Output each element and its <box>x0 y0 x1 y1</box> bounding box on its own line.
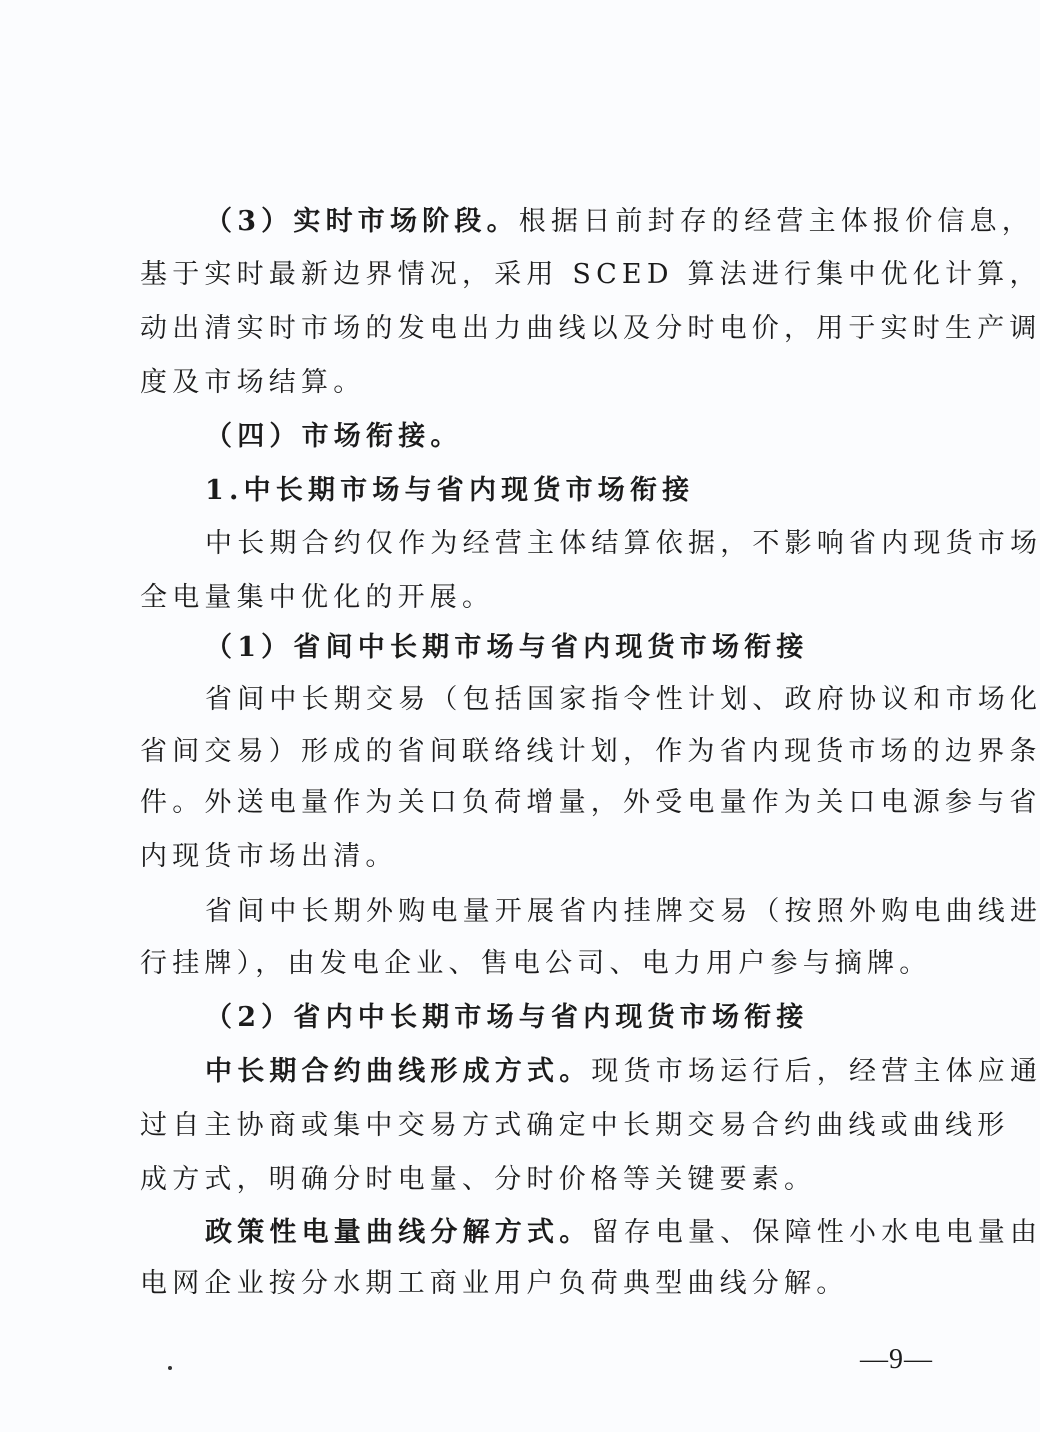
body-text: 中长期合约仅作为经营主体结算依据，不影响省内现货市场 <box>205 528 1040 559</box>
subsection-heading-text: （2）省内中长期市场与省内现货市场衔接 <box>205 1002 809 1033</box>
paragraph-line: 省间交易）形成的省间联络线计划，作为省内现货市场的边界条 <box>140 735 940 769</box>
body-text: 内现货市场出清。 <box>140 841 398 872</box>
paragraph-line: 中长期合约仅作为经营主体结算依据，不影响省内现货市场 <box>205 527 940 561</box>
paragraph-line: （3）实时市场阶段。根据日前封存的经营主体报价信息， <box>205 205 940 239</box>
inline-heading: （3）实时市场阶段。 <box>205 206 519 237</box>
paragraph-line: 内现货市场出清。 <box>140 840 940 874</box>
inline-heading: 中长期合约曲线形成方式。 <box>205 1056 591 1087</box>
section-heading: （四）市场衔接。 <box>205 420 940 454</box>
body-text: 电网企业按分水期工商业用户负荷典型曲线分解。 <box>140 1268 848 1299</box>
body-text: 留存电量、保障性小水电电量由 <box>591 1217 1040 1248</box>
body-text: 根据日前封存的经营主体报价信息， <box>519 206 1034 237</box>
paragraph-line: 行挂牌），由发电企业、售电公司、电力用户参与摘牌。 <box>140 947 940 981</box>
body-text: 全电量集中优化的开展。 <box>140 582 494 613</box>
subsection-heading: （2）省内中长期市场与省内现货市场衔接 <box>205 1001 940 1035</box>
paragraph-line: 省间中长期交易（包括国家指令性计划、政府协议和市场化 <box>205 683 940 717</box>
page-number: —9— <box>860 1343 933 1377</box>
body-text: 动出清实时市场的发电出力曲线以及分时电价，用于实时生产调 <box>140 313 1040 344</box>
body-text: 省间中长期外购电量开展省内挂牌交易（按照外购电曲线进 <box>205 896 1040 927</box>
body-text: 度及市场结算。 <box>140 367 365 398</box>
paragraph-line: 过自主协商或集中交易方式确定中长期交易合约曲线或曲线形 <box>140 1109 940 1143</box>
paragraph-line: 中长期合约曲线形成方式。现货市场运行后，经营主体应通 <box>205 1055 940 1089</box>
paragraph-line: 基于实时最新边界情况，采用 SCED 算法进行集中优化计算，滚 <box>140 258 940 292</box>
body-text: 省间交易）形成的省间联络线计划，作为省内现货市场的边界条 <box>140 736 1040 767</box>
paragraph-line: 省间中长期外购电量开展省内挂牌交易（按照外购电曲线进 <box>205 895 940 929</box>
body-text: 现货市场运行后，经营主体应通 <box>591 1056 1040 1087</box>
inline-heading: 政策性电量曲线分解方式。 <box>205 1217 591 1248</box>
paragraph-line: 电网企业按分水期工商业用户负荷典型曲线分解。 <box>140 1267 940 1301</box>
paragraph-line: 全电量集中优化的开展。 <box>140 581 940 615</box>
body-text: 省间中长期交易（包括国家指令性计划、政府协议和市场化 <box>205 684 1040 715</box>
paragraph-line: 政策性电量曲线分解方式。留存电量、保障性小水电电量由 <box>205 1216 940 1250</box>
subsection-heading: （1）省间中长期市场与省内现货市场衔接 <box>205 631 940 665</box>
subsection-heading-text: （1）省间中长期市场与省内现货市场衔接 <box>205 632 809 663</box>
document-page: （3）实时市场阶段。根据日前封存的经营主体报价信息， 基于实时最新边界情况，采用… <box>0 0 1040 1432</box>
subsection-heading: 1.中长期市场与省内现货市场衔接 <box>205 474 940 508</box>
body-text: 基于实时最新边界情况，采用 SCED 算法进行集中优化计算，滚 <box>140 259 1040 290</box>
body-text: 过自主协商或集中交易方式确定中长期交易合约曲线或曲线形 <box>140 1110 1009 1141</box>
paragraph-line: 成方式，明确分时电量、分时价格等关键要素。 <box>140 1163 940 1197</box>
scan-artifact-dot <box>168 1366 172 1370</box>
body-text: 行挂牌），由发电企业、售电公司、电力用户参与摘牌。 <box>140 948 932 979</box>
paragraph-line: 度及市场结算。 <box>140 366 940 400</box>
paragraph-line: 件。外送电量作为关口负荷增量，外受电量作为关口电源参与省 <box>140 786 940 820</box>
body-text: 成方式，明确分时电量、分时价格等关键要素。 <box>140 1164 816 1195</box>
body-text: 件。外送电量作为关口负荷增量，外受电量作为关口电源参与省 <box>140 787 1040 818</box>
paragraph-line: 动出清实时市场的发电出力曲线以及分时电价，用于实时生产调 <box>140 312 940 346</box>
section-heading-text: （四）市场衔接。 <box>205 421 463 452</box>
subsection-heading-text: 1.中长期市场与省内现货市场衔接 <box>205 475 694 506</box>
